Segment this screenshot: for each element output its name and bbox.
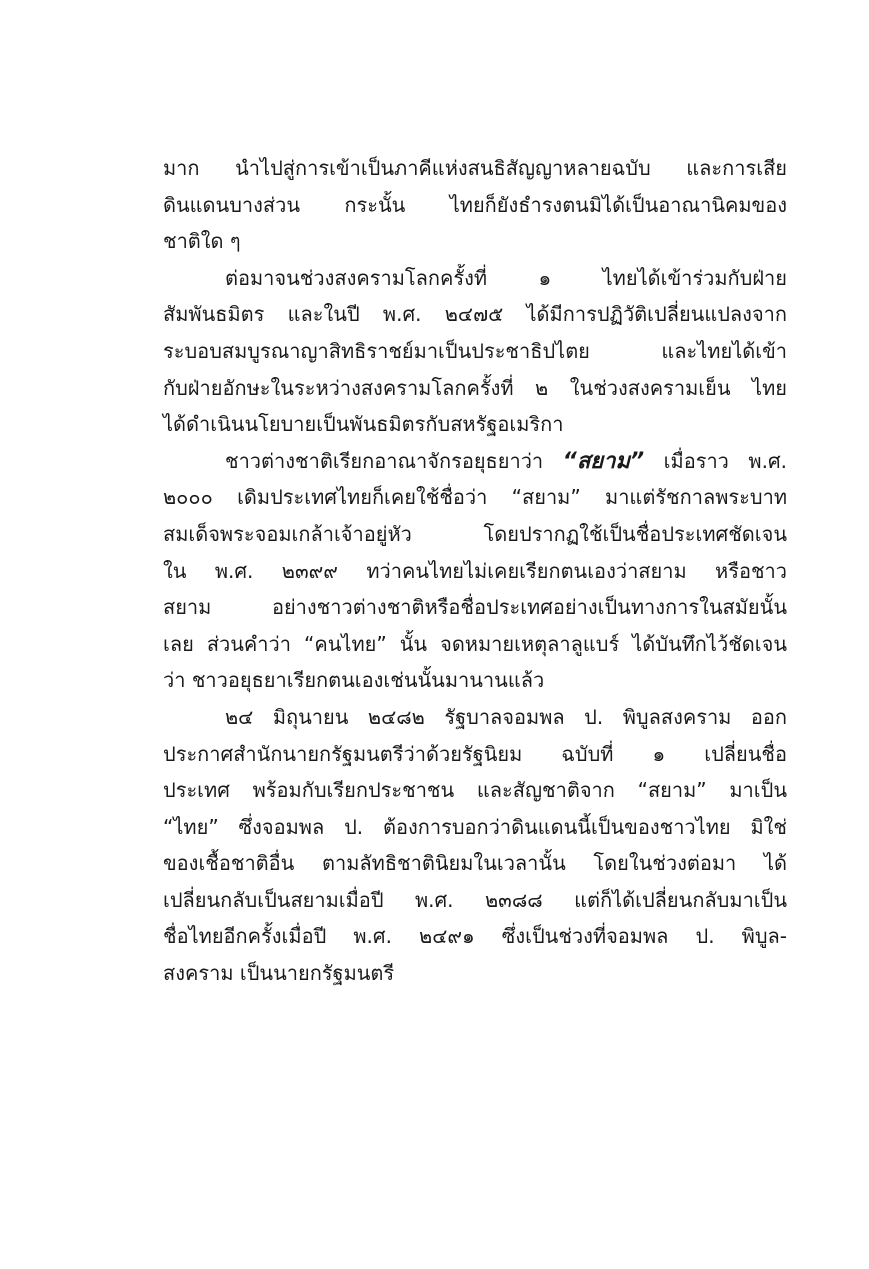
body-text: มาก นำไปสู่การเข้าเป็นภาคีแห่งสนธิสัญญาห… bbox=[163, 150, 787, 992]
text-line: เลย ส่วนคำว่า “คนไทย” นั้น จดหมายเหตุลาล… bbox=[163, 626, 787, 663]
text-line: สงคราม เป็นนายกรัฐมนตรี bbox=[163, 955, 787, 992]
text-line: “ไทย” ซึ่งจอมพล ป. ต้องการบอกว่าดินแดนนี… bbox=[163, 809, 787, 846]
text-line: สัมพันธมิตร และในปี พ.ศ. ๒๔๗๕ ได้มีการปฏ… bbox=[163, 296, 787, 333]
emphasized-term-siam: “สยาม” bbox=[563, 449, 645, 474]
text-line: ต่อมาจนช่วงสงครามโลกครั้งที่ ๑ ไทยได้เข้… bbox=[163, 260, 787, 297]
text-line: ใน พ.ศ. ๒๓๙๙ ทว่าคนไทยไม่เคยเรียกตนเองว่… bbox=[163, 553, 787, 590]
text-line: ดินแดนบางส่วน กระนั้น ไทยก็ยังธำรงตนมิได… bbox=[163, 187, 787, 224]
text-line: ประเทศ พร้อมกับเรียกประชาชน และสัญชาติจา… bbox=[163, 772, 787, 809]
text-line: สยาม อย่างชาวต่างชาติหรือชื่อประเทศอย่าง… bbox=[163, 589, 787, 626]
text-line: ว่า ชาวอยุธยาเรียกตนเองเช่นนั้นมานานแล้ว bbox=[163, 662, 787, 699]
text-line: กับฝ่ายอักษะในระหว่างสงครามโลกครั้งที่ ๒… bbox=[163, 370, 787, 407]
text-line: ของเชื้อชาติอื่น ตามลัทธิชาตินิยมในเวลาน… bbox=[163, 845, 787, 882]
text-line: ๒๐๐๐ เดิมประเทศไทยก็เคยใช้ชื่อว่า “สยาม”… bbox=[163, 479, 787, 516]
text-line: ประกาศสำนักนายกรัฐมนตรีว่าด้วยรัฐนิยม ฉบ… bbox=[163, 736, 787, 773]
document-page: มาก นำไปสู่การเข้าเป็นภาคีแห่งสนธิสัญญาห… bbox=[0, 0, 869, 1269]
paragraph-1: มาก นำไปสู่การเข้าเป็นภาคีแห่งสนธิสัญญาห… bbox=[163, 150, 787, 260]
text-line: ได้ดำเนินนโยบายเป็นพันธมิตรกับสหรัฐอเมริ… bbox=[163, 406, 787, 443]
text-line: เปลี่ยนกลับเป็นสยามเมื่อปี พ.ศ. ๒๓๘๘ แต่… bbox=[163, 882, 787, 919]
text-run: เมื่อราว พ.ศ. bbox=[644, 449, 787, 473]
text-line: มาก นำไปสู่การเข้าเป็นภาคีแห่งสนธิสัญญาห… bbox=[163, 150, 787, 187]
paragraph-3: ชาวต่างชาติเรียกอาณาจักรอยุธยาว่า “สยาม”… bbox=[163, 443, 787, 699]
text-run: ชาวต่างชาติเรียกอาณาจักรอยุธยาว่า bbox=[225, 449, 563, 473]
text-line: ระบอบสมบูรณาญาสิทธิราชย์มาเป็นประชาธิปไต… bbox=[163, 333, 787, 370]
paragraph-2: ต่อมาจนช่วงสงครามโลกครั้งที่ ๑ ไทยได้เข้… bbox=[163, 260, 787, 443]
text-line: ชาติใด ๆ bbox=[163, 223, 787, 260]
text-line: ชื่อไทยอีกครั้งเมื่อปี พ.ศ. ๒๔๙๑ ซึ่งเป็… bbox=[163, 918, 787, 955]
text-line: สมเด็จพระจอมเกล้าเจ้าอยู่หัว โดยปรากฏใช้… bbox=[163, 516, 787, 553]
paragraph-4: ๒๔ มิถุนายน ๒๔๘๒ รัฐบาลจอมพล ป. พิบูลสงค… bbox=[163, 699, 787, 992]
text-line: ชาวต่างชาติเรียกอาณาจักรอยุธยาว่า “สยาม”… bbox=[163, 443, 787, 480]
text-line: ๒๔ มิถุนายน ๒๔๘๒ รัฐบาลจอมพล ป. พิบูลสงค… bbox=[163, 699, 787, 736]
